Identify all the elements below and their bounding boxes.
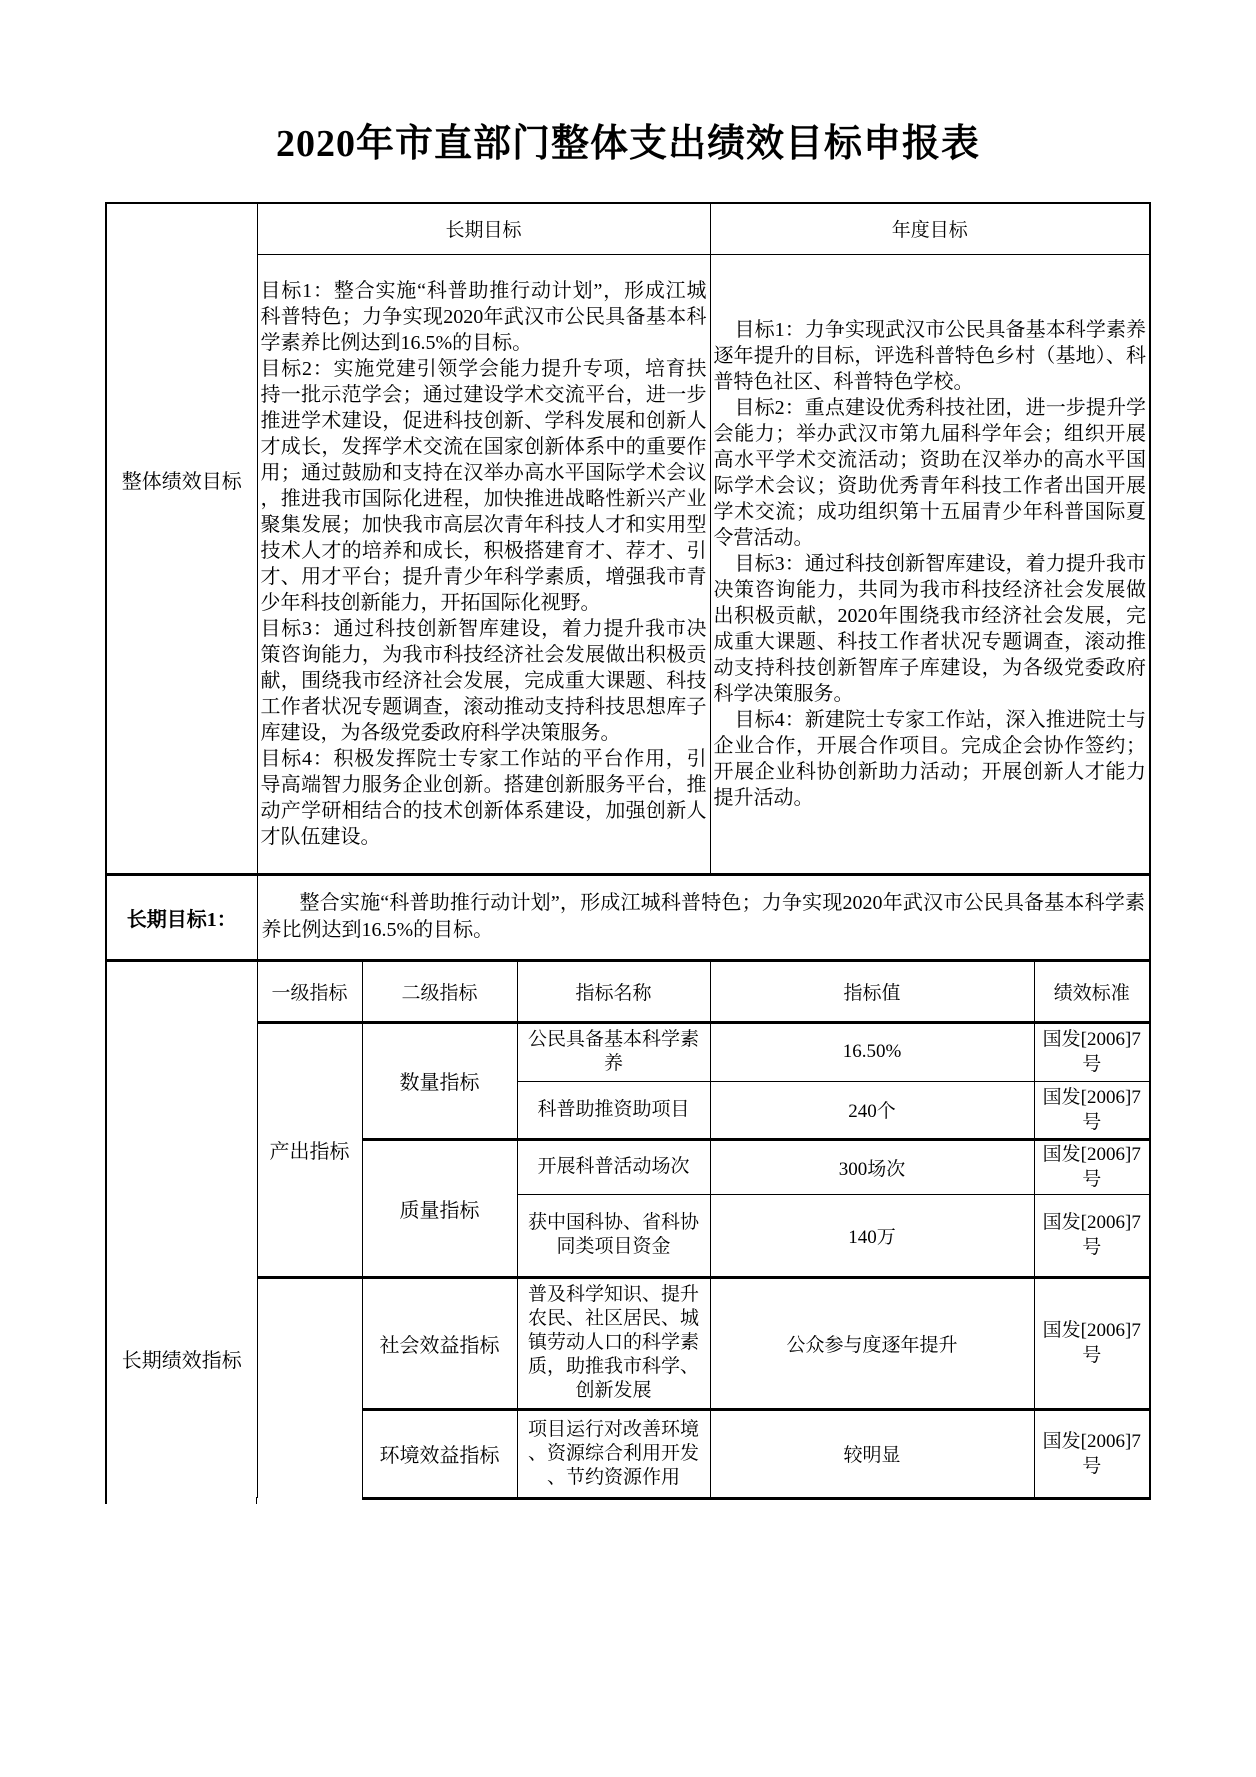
- cell-performance-standard: 国发[2006]7号: [1034, 1194, 1150, 1277]
- table-row: 产出指标 数量指标 公民具备基本科学素养 16.50% 国发[2006]7号: [106, 1022, 1150, 1081]
- table-row: 社会效益指标 普及科学知识、提升农民、社区居民、城镇劳动人口的科学素质，助推我市…: [106, 1277, 1150, 1409]
- header-level1-indicator: 一级指标: [257, 960, 362, 1022]
- long-term-indicator-side-label: 长期绩效指标: [106, 960, 257, 1498]
- cell-indicator-name: 获中国科协、省科协同类项目资金: [517, 1194, 710, 1277]
- annual-goals-cell: 目标1：力争实现武汉市公民具备基本科学素养逐年提升的目标，评选科普特色乡村（基地…: [710, 254, 1150, 874]
- annual-goal-header: 年度目标: [710, 203, 1150, 254]
- goal-paragraph: 目标4：积极发挥院士专家工作站的平台作用，引导高端智力服务企业创新。搭建创新服务…: [261, 746, 707, 850]
- header-indicator-name: 指标名称: [517, 960, 710, 1022]
- header-performance-standard: 绩效标准: [1034, 960, 1150, 1022]
- continuation-line-stub: [105, 1497, 107, 1504]
- cell-level2-quantity: 数量指标: [362, 1022, 517, 1139]
- cell-performance-standard: 国发[2006]7号: [1034, 1139, 1150, 1194]
- cell-indicator-value: 140万: [710, 1194, 1034, 1277]
- goal-paragraph: 目标3：通过科技创新智库建设，着力提升我市决策咨询能力，为我市科技经济社会发展做…: [261, 616, 707, 746]
- cell-indicator-value: 公众参与度逐年提升: [710, 1277, 1034, 1409]
- goal-paragraph: 目标4：新建院士专家工作站，深入推进院士与企业合作，开展合作项目。完成企会协作签…: [714, 707, 1147, 811]
- goal-paragraph: 目标2：实施党建引领学会能力提升专项，培育扶持一批示范学会；通过建设学术交流平台…: [261, 356, 707, 616]
- long-term-goal1-label: 长期目标1：: [106, 874, 257, 960]
- cell-level1-output: 产出指标: [257, 1022, 362, 1277]
- cell-indicator-value: 240个: [710, 1081, 1034, 1139]
- cell-performance-standard: 国发[2006]7号: [1034, 1081, 1150, 1139]
- goal-paragraph: 目标2：重点建设优秀科技社团，进一步提升学会能力；举办武汉市第九届科学年会；组织…: [714, 395, 1147, 551]
- long-term-goal-header: 长期目标: [257, 203, 710, 254]
- cell-indicator-name: 普及科学知识、提升农民、社区居民、城镇劳动人口的科学素质，助推我市科学、创新发展: [517, 1277, 710, 1409]
- cell-indicator-value: 300场次: [710, 1139, 1034, 1194]
- goal-paragraph: 目标1：力争实现武汉市公民具备基本科学素养逐年提升的目标，评选科普特色乡村（基地…: [714, 317, 1147, 395]
- goal-paragraph: 目标3：通过科技创新智库建设，着力提升我市决策咨询能力，共同为我市科技经济社会发…: [714, 551, 1147, 707]
- long-term-goals-cell: 目标1：整合实施“科普助推行动计划”，形成江城科普特色；力争实现2020年武汉市…: [257, 254, 710, 874]
- cell-level2-environment: 环境效益指标: [362, 1409, 517, 1498]
- cell-indicator-value: 16.50%: [710, 1022, 1034, 1081]
- cell-level1-empty: [257, 1277, 362, 1498]
- header-level2-indicator: 二级指标: [362, 960, 517, 1022]
- overall-performance-label: 整体绩效目标: [106, 203, 257, 874]
- header-indicator-value: 指标值: [710, 960, 1034, 1022]
- document-page: 2020年市直部门整体支出绩效目标申报表 整体绩效目标 长期目标 年度目标 目标…: [0, 0, 1256, 1777]
- cell-level2-quality: 质量指标: [362, 1139, 517, 1277]
- continuation-line-stub: [256, 1497, 257, 1504]
- cell-performance-standard: 国发[2006]7号: [1034, 1022, 1150, 1081]
- goal-paragraph: 目标1：整合实施“科普助推行动计划”，形成江城科普特色；力争实现2020年武汉市…: [261, 278, 707, 356]
- cell-indicator-name: 项目运行对改善环境、资源综合利用开发、节约资源作用: [517, 1409, 710, 1498]
- cell-indicator-name: 科普助推资助项目: [517, 1081, 710, 1139]
- cell-indicator-value: 较明显: [710, 1409, 1034, 1498]
- performance-target-table: 整体绩效目标 长期目标 年度目标 目标1：整合实施“科普助推行动计划”，形成江城…: [105, 202, 1151, 1500]
- cell-indicator-name: 开展科普活动场次: [517, 1139, 710, 1194]
- cell-performance-standard: 国发[2006]7号: [1034, 1409, 1150, 1498]
- long-term-goal1-content: 整合实施“科普助推行动计划”，形成江城科普特色；力争实现2020年武汉市公民具备…: [257, 874, 1150, 960]
- cell-performance-standard: 国发[2006]7号: [1034, 1277, 1150, 1409]
- cell-level2-social: 社会效益指标: [362, 1277, 517, 1409]
- cell-indicator-name: 公民具备基本科学素养: [517, 1022, 710, 1081]
- page-title: 2020年市直部门整体支出绩效目标申报表: [0, 112, 1256, 167]
